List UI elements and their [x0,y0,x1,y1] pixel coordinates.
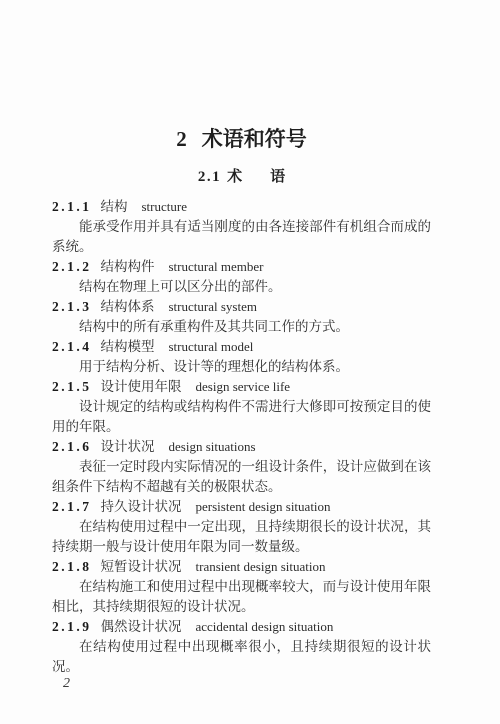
term-heading: 2.1.2结构构件structural member [52,257,431,277]
term-definition: 结构在物理上可以区分出的部件。 [52,277,431,297]
term-definition: 设计规定的结构或结构构件不需进行大修即可按预定目的使用的年限。 [52,397,431,437]
document-page: 2术语和符号 2.1术语 2.1.1结构structure 能承受作用并具有适当… [0,0,500,724]
term-heading: 2.1.9偶然设计状况accidental design situation [52,617,431,637]
term-entry: 2.1.5设计使用年限design service life 设计规定的结构或结… [52,377,431,437]
term-number: 2.1.9 [52,619,92,634]
term-name-en: structure [142,199,187,214]
page-number: 2 [63,676,70,692]
term-number: 2.1.7 [52,499,92,514]
term-name-cn: 结构 [101,199,128,214]
term-definition: 表征一定时段内实际情况的一组设计条件，设计应做到在该组条件下结构不超越有关的极限… [52,457,431,497]
section-title: 2.1术语 [52,165,431,186]
term-name-cn: 结构构件 [101,259,155,274]
term-definition: 能承受作用并具有适当刚度的由各连接部件有机组合而成的系统。 [52,217,431,257]
term-heading: 2.1.7持久设计状况persistent design situation [52,497,431,517]
term-heading: 2.1.6设计状况design situations [52,437,431,457]
term-name-cn: 设计状况 [101,439,155,454]
term-heading: 2.1.3结构体系structural system [52,297,431,317]
term-heading: 2.1.4结构模型structural model [52,337,431,357]
term-name-en: structural member [169,259,264,274]
term-definition: 在结构使用过程中出现概率很小，且持续期很短的设计状况。 [52,637,431,677]
term-name-en: persistent design situation [196,499,331,514]
term-definition: 结构中的所有承重构件及其共同工作的方式。 [52,317,431,337]
term-entry: 2.1.6设计状况design situations 表征一定时段内实际情况的一… [52,437,431,497]
term-heading: 2.1.1结构structure [52,197,431,217]
term-entry: 2.1.2结构构件structural member 结构在物理上可以区分出的部… [52,257,431,297]
section-name-part2: 语 [270,169,285,185]
term-entry: 2.1.9偶然设计状况accidental design situation 在… [52,617,431,677]
term-name-en: structural system [169,299,257,314]
term-name-cn: 偶然设计状况 [101,619,182,634]
term-number: 2.1.8 [52,559,92,574]
term-name-en: design situations [169,439,256,454]
term-name-cn: 持久设计状况 [101,499,182,514]
term-entry: 2.1.7持久设计状况persistent design situation 在… [52,497,431,557]
term-name-en: structural model [169,339,254,354]
term-name-cn: 设计使用年限 [101,379,182,394]
terms-list: 2.1.1结构structure 能承受作用并具有适当刚度的由各连接部件有机组合… [52,197,431,677]
term-heading: 2.1.8短暂设计状况transient design situation [52,557,431,577]
chapter-name: 术语和符号 [202,127,307,151]
term-name-cn: 结构体系 [101,299,155,314]
term-heading: 2.1.5设计使用年限design service life [52,377,431,397]
term-name-en: accidental design situation [196,619,334,634]
term-entry: 2.1.1结构structure 能承受作用并具有适当刚度的由各连接部件有机组合… [52,197,431,257]
term-definition: 在结构使用过程中一定出现，且持续期很长的设计状况，其持续期一般与设计使用年限为同… [52,517,431,557]
term-entry: 2.1.3结构体系structural system 结构中的所有承重构件及其共… [52,297,431,337]
term-number: 2.1.1 [52,199,92,214]
term-entry: 2.1.4结构模型structural model 用于结构分析、设计等的理想化… [52,337,431,377]
chapter-title: 2术语和符号 [52,123,431,153]
term-number: 2.1.6 [52,439,92,454]
section-name-part1: 术 [227,169,242,185]
chapter-number: 2 [176,127,187,151]
term-name-en: design service life [196,379,291,394]
term-number: 2.1.5 [52,379,92,394]
term-entry: 2.1.8短暂设计状况transient design situation 在结… [52,557,431,617]
term-number: 2.1.2 [52,259,92,274]
term-name-en: transient design situation [196,559,326,574]
section-number: 2.1 [198,169,221,185]
term-number: 2.1.4 [52,339,92,354]
term-number: 2.1.3 [52,299,92,314]
term-name-cn: 短暂设计状况 [101,559,182,574]
term-name-cn: 结构模型 [101,339,155,354]
term-definition: 用于结构分析、设计等的理想化的结构体系。 [52,357,431,377]
term-definition: 在结构施工和使用过程中出现概率较大，而与设计使用年限相比，其持续期很短的设计状况… [52,577,431,617]
